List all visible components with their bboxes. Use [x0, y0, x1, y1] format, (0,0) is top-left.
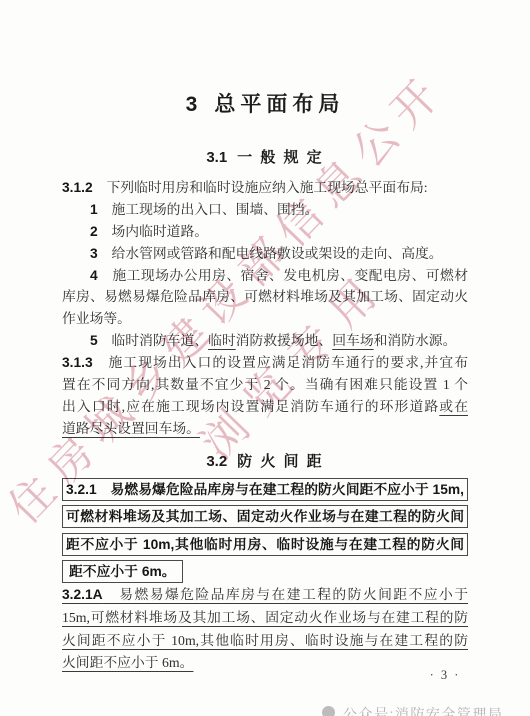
- text-line: 5 临时消防车道、临时消防救援场地、回车场和消防水源。: [62, 330, 468, 352]
- text-segment: 库房、易燃易爆危险品库房、可燃材料堆场及其加工场、固定动火: [62, 289, 468, 304]
- mandatory-provision-box: 3.2.1 易燃易爆危险品库房与在建工程的防火间距不应小于 15m,可燃材料堆场…: [62, 478, 468, 591]
- text-line: 道路尽头设置回车场。: [62, 418, 468, 440]
- text-line: 15m,可燃材料堆场及其加工场、固定动火作业场与在建工程的防: [62, 607, 468, 630]
- text-segment: 3.2.1: [66, 482, 97, 497]
- section-heading-3-1: 3.1一 般 规 定: [0, 146, 530, 167]
- chapter-heading: 3总平面布局: [0, 88, 530, 118]
- text-segment: 置在不同方向,其数量不宜少于 2 个。当确有困难只能设置 1 个: [62, 377, 468, 392]
- text-line: 4 施工现场办公用房、宿舍、发电机房、变配电房、可燃材料: [62, 265, 468, 287]
- text-line: 火间距不应小于 10m,其他临时用房、临时设施与在建工程的防: [62, 630, 468, 653]
- text-segment: 出入口时,应在施工现场内设置满足消防车通行的环形道路: [62, 399, 439, 414]
- text-line: 3.1.2 下列临时用房和临时设施应纳入施工现场总平面布局:: [62, 177, 468, 199]
- text-segment: 或在: [439, 399, 468, 414]
- text-segment: 距不应小于 10m,其他临时用房、临时设施与在建工程的防火间: [66, 537, 464, 552]
- text-segment: 作业场等。: [62, 311, 131, 326]
- text-segment: 火间距不应小于 10m,其他临时用房、临时设施与在建工程的防: [62, 633, 468, 648]
- text-segment: 施工现场出入口的设置应满足消防车通行的要求,并宜布: [93, 355, 468, 370]
- section-title: 一 般 规 定: [237, 149, 324, 166]
- text-segment: 易燃易爆危险品库房与在建工程的防火间距不应小于 15m,: [97, 482, 464, 497]
- text-line: 距不应小于 10m,其他临时用房、临时设施与在建工程的防火间: [62, 533, 468, 556]
- text-line: 距不应小于 6m。: [62, 560, 183, 583]
- text-segment: 下列临时用房和临时设施应纳入施工现场总平面布局:: [93, 180, 428, 195]
- clause-number: 3.1.3: [62, 355, 93, 370]
- text-line: 出入口时,应在施工现场内设置满足消防车通行的环形道路或在: [62, 396, 468, 418]
- text-line: 置在不同方向,其数量不宜少于 2 个。当确有困难只能设置 1 个: [62, 374, 468, 396]
- text-line: 3.2.1 易燃易爆危险品库房与在建工程的防火间距不应小于 15m,: [62, 478, 468, 501]
- text-segment: 易燃易爆危险品库房与在建工程的防火间距不应小于: [103, 587, 468, 602]
- section-number: 3.2: [206, 453, 227, 470]
- text-line: 3.1.3 施工现场出入口的设置应满足消防车通行的要求,并宜布: [62, 352, 468, 374]
- text-segment: 道路尽头设置回车场。: [62, 421, 200, 436]
- clause-number: 5: [90, 333, 98, 348]
- text-line: 火间距不应小于 6m。: [62, 652, 468, 675]
- text-line: 3 给水管网或管路和配电线路敷设或架设的走向、高度。: [62, 243, 468, 265]
- text-line: 1 施工现场的出入口、围墙、围挡。: [62, 199, 468, 221]
- text-segment: 可燃材料堆场及其加工场、固定动火作业场与在建工程的防火间: [66, 509, 464, 524]
- footer-wechat-badge: 公众号:消防安全管理局: [322, 704, 503, 716]
- chapter-title: 总平面布局: [214, 93, 344, 116]
- text-segment: 临时消防车道、: [98, 333, 208, 348]
- clause-number: 4: [90, 268, 98, 283]
- text-segment: 和消防水源。: [374, 333, 457, 348]
- clause-number: 1: [90, 202, 98, 217]
- text-segment: 15m,可燃材料堆场及其加工场、固定动火作业场与在建工程的防: [62, 610, 468, 625]
- text-segment: 施工现场办公用房、宿舍、发电机房、变配电房、可燃材料: [90, 268, 468, 287]
- text-segment: 消防救援场地、: [236, 333, 333, 348]
- text-segment: 火间距不应小于 6m。: [62, 655, 193, 670]
- text-line: 2 场内临时道路。: [62, 221, 468, 243]
- text-segment: 给水管网或管路和配电线路敷设或架设的走向、高度。: [98, 246, 443, 261]
- text-segment: 回车场: [332, 333, 373, 348]
- clause-number: 3.2.1A: [62, 587, 103, 602]
- section-heading-3-2: 3.2防 火 间 距: [0, 450, 530, 471]
- section-title: 防 火 间 距: [237, 453, 324, 470]
- text-line: 库房、易燃易爆危险品库房、可燃材料堆场及其加工场、固定动火: [62, 286, 468, 308]
- clause-number: 3: [90, 246, 98, 261]
- body-text-block: 3.1.2 下列临时用房和临时设施应纳入施工现场总平面布局:1 施工现场的出入口…: [62, 177, 468, 440]
- text-line: 可燃材料堆场及其加工场、固定动火作业场与在建工程的防火间: [62, 505, 468, 528]
- text-segment: 临时: [208, 333, 236, 348]
- amendment-paragraph: 3.2.1A 易燃易爆危险品库房与在建工程的防火间距不应小于15m,可燃材料堆场…: [62, 584, 468, 675]
- text-segment: 场内临时道路。: [98, 224, 208, 239]
- section-number: 3.1: [206, 149, 227, 166]
- footer-account-text: 公众号:消防安全管理局: [343, 704, 503, 716]
- clause-number: 2: [90, 224, 98, 239]
- document-page: 3总平面布局 3.1一 般 规 定 3.1.2 下列临时用房和临时设施应纳入施工…: [0, 0, 530, 716]
- text-segment: 距不应小于 6m。: [69, 564, 176, 579]
- text-segment: 施工现场的出入口、围墙、围挡。: [98, 202, 319, 217]
- text-line: 作业场等。: [62, 308, 468, 330]
- wechat-logo-icon: [322, 706, 335, 716]
- page-number: · 3 ·: [420, 668, 470, 683]
- clause-number: 3.1.2: [62, 180, 93, 195]
- text-line: 3.2.1A 易燃易爆危险品库房与在建工程的防火间距不应小于: [62, 584, 468, 607]
- chapter-number: 3: [186, 93, 198, 116]
